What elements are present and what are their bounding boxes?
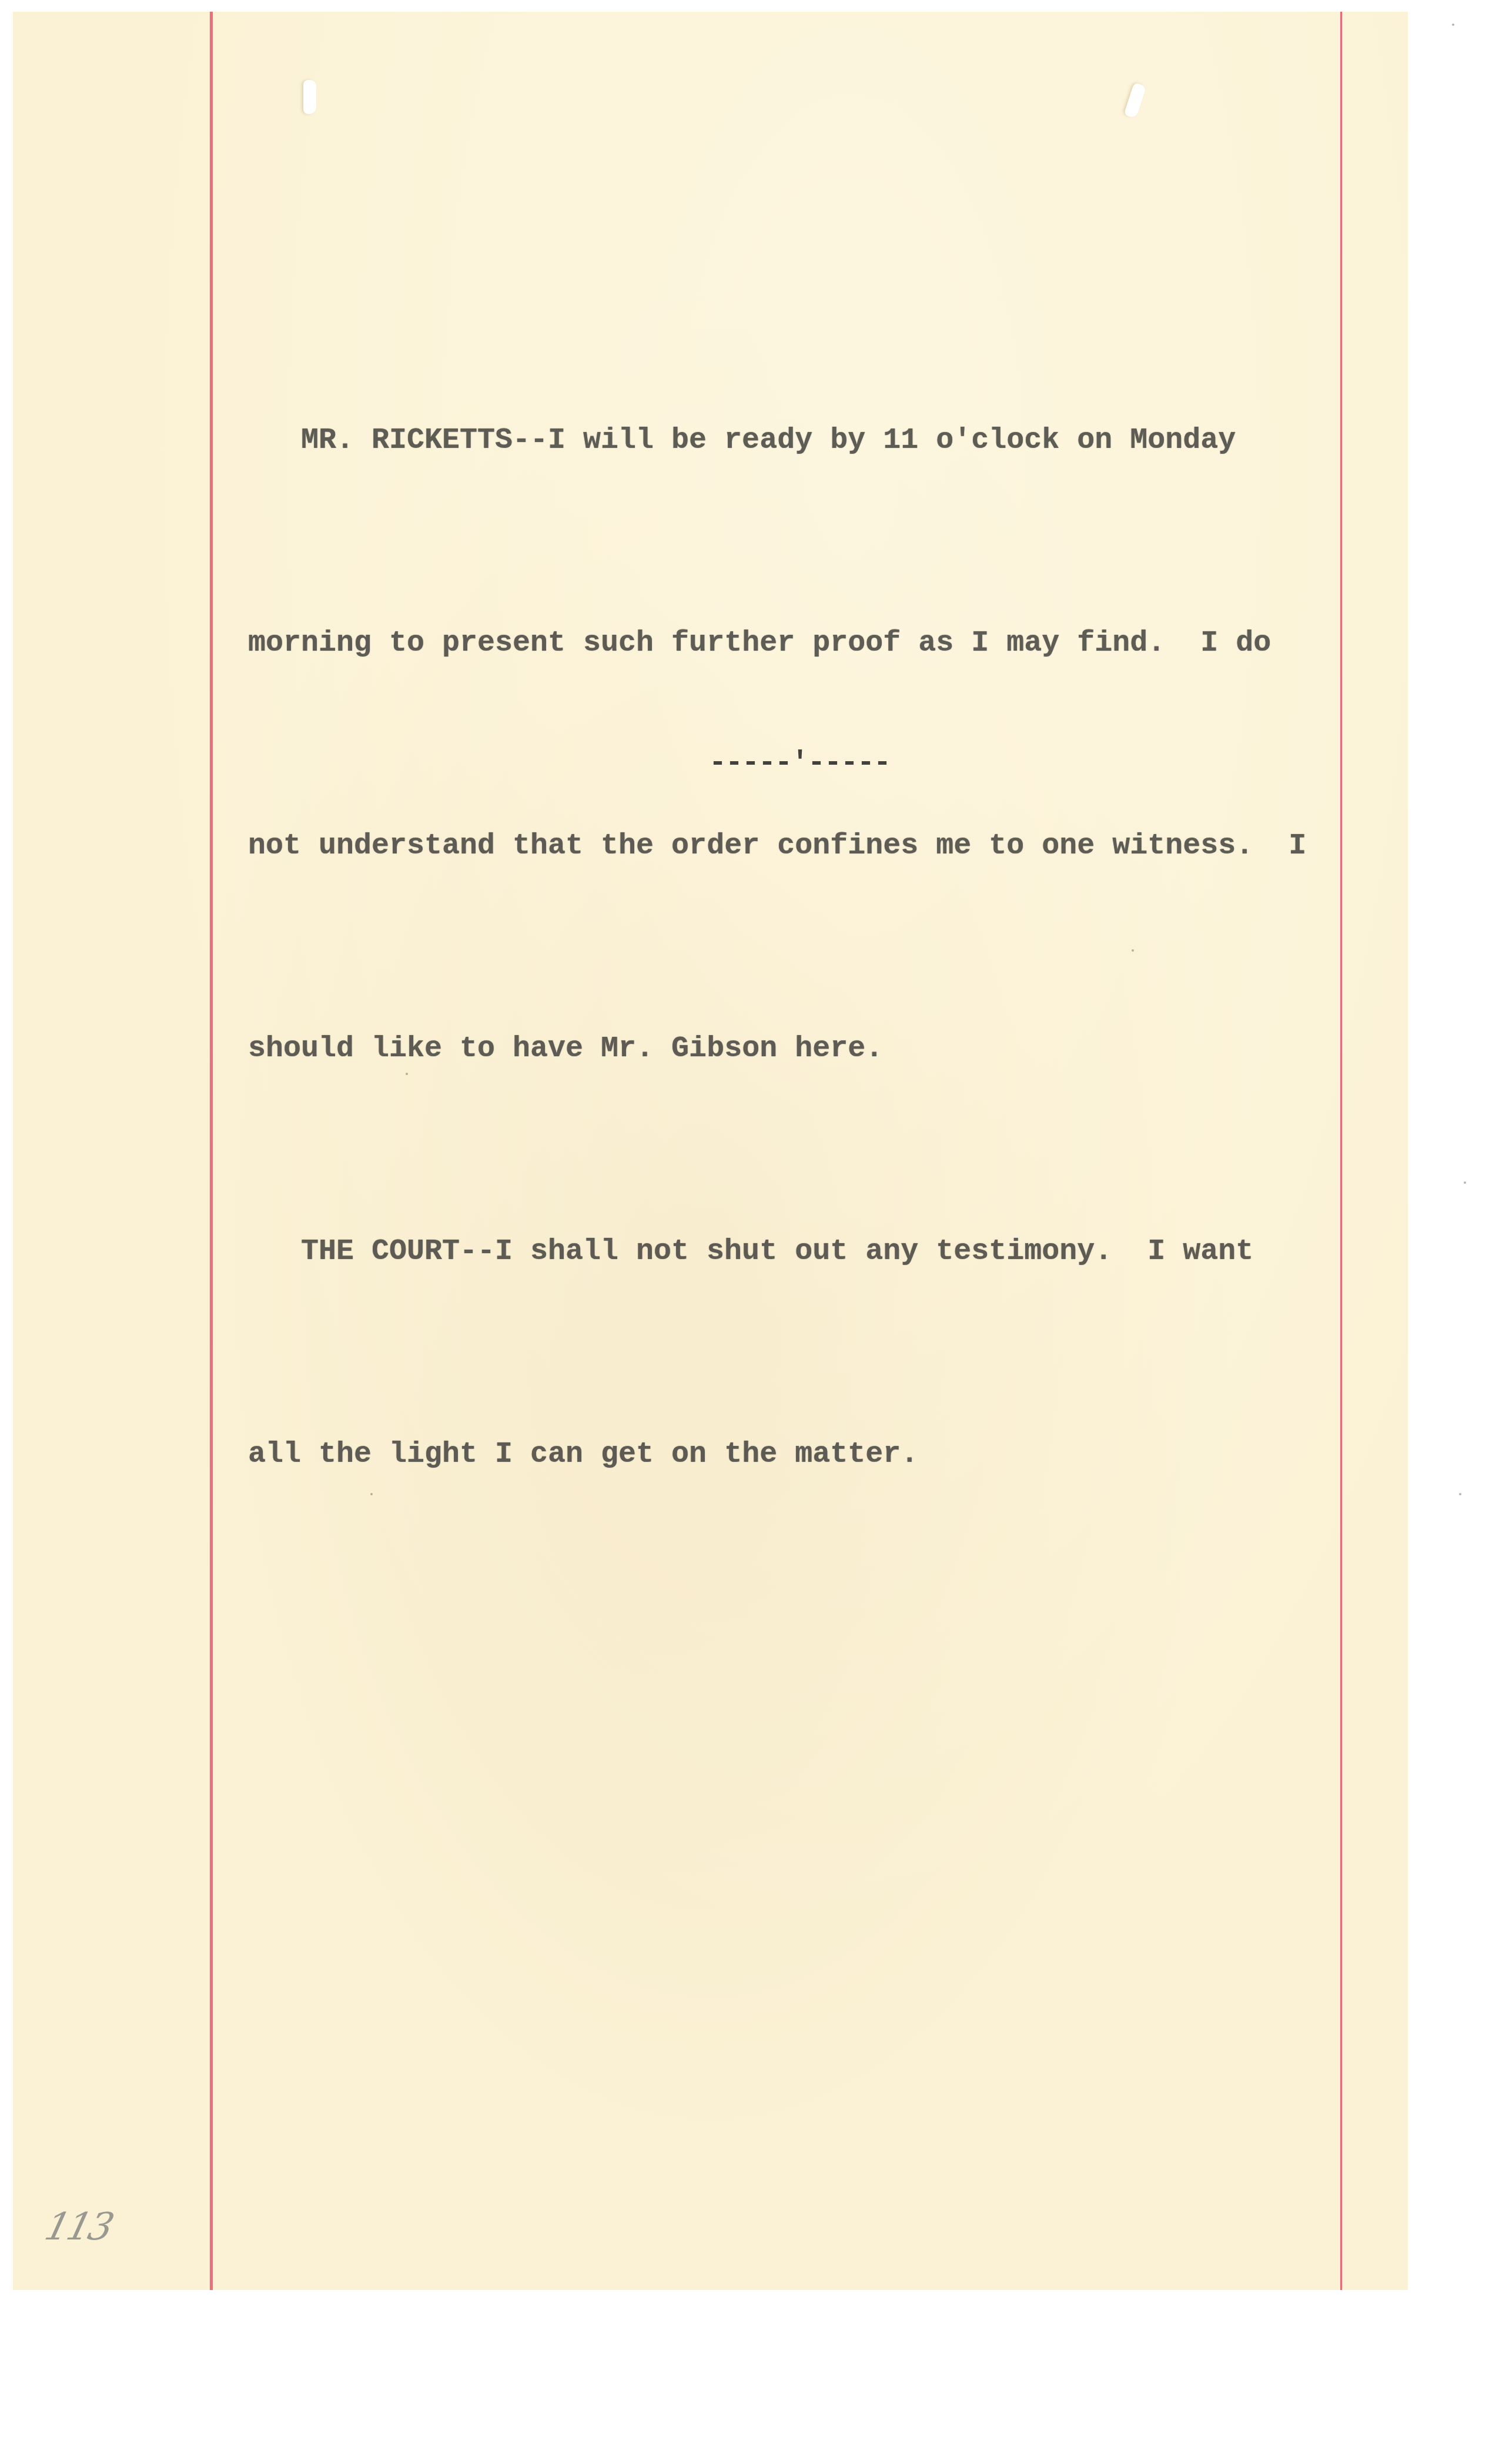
handwritten-page-number: 113 xyxy=(41,2205,116,2249)
scan-speck xyxy=(406,1073,408,1075)
ricketts-line-4: should like to have Mr. Gibson here. xyxy=(248,1015,1336,1083)
punch-hole-right xyxy=(1124,82,1147,119)
section-separator: -----'----- xyxy=(694,746,905,780)
court-line-1: THE COURT--I shall not shut out any test… xyxy=(248,1218,1336,1285)
scan-speck xyxy=(370,1493,373,1495)
right-margin-rule xyxy=(1340,12,1342,2290)
scan-speck xyxy=(1132,949,1134,952)
scan-speck xyxy=(1459,1493,1461,1495)
ricketts-line-1: MR. RICKETTS--I will be ready by 11 o'cl… xyxy=(248,407,1336,474)
left-margin-rule xyxy=(210,12,213,2290)
ricketts-line-2: morning to present such further proof as… xyxy=(248,610,1336,677)
punch-hole-left xyxy=(303,80,316,114)
transcript-body: MR. RICKETTS--I will be ready by 11 o'cl… xyxy=(248,272,1336,1556)
scan-speck xyxy=(1464,1181,1466,1184)
court-line-2: all the light I can get on the matter. xyxy=(248,1421,1336,1488)
scan-speck xyxy=(1452,24,1454,26)
ricketts-line-3: not understand that the order confines m… xyxy=(248,812,1336,880)
